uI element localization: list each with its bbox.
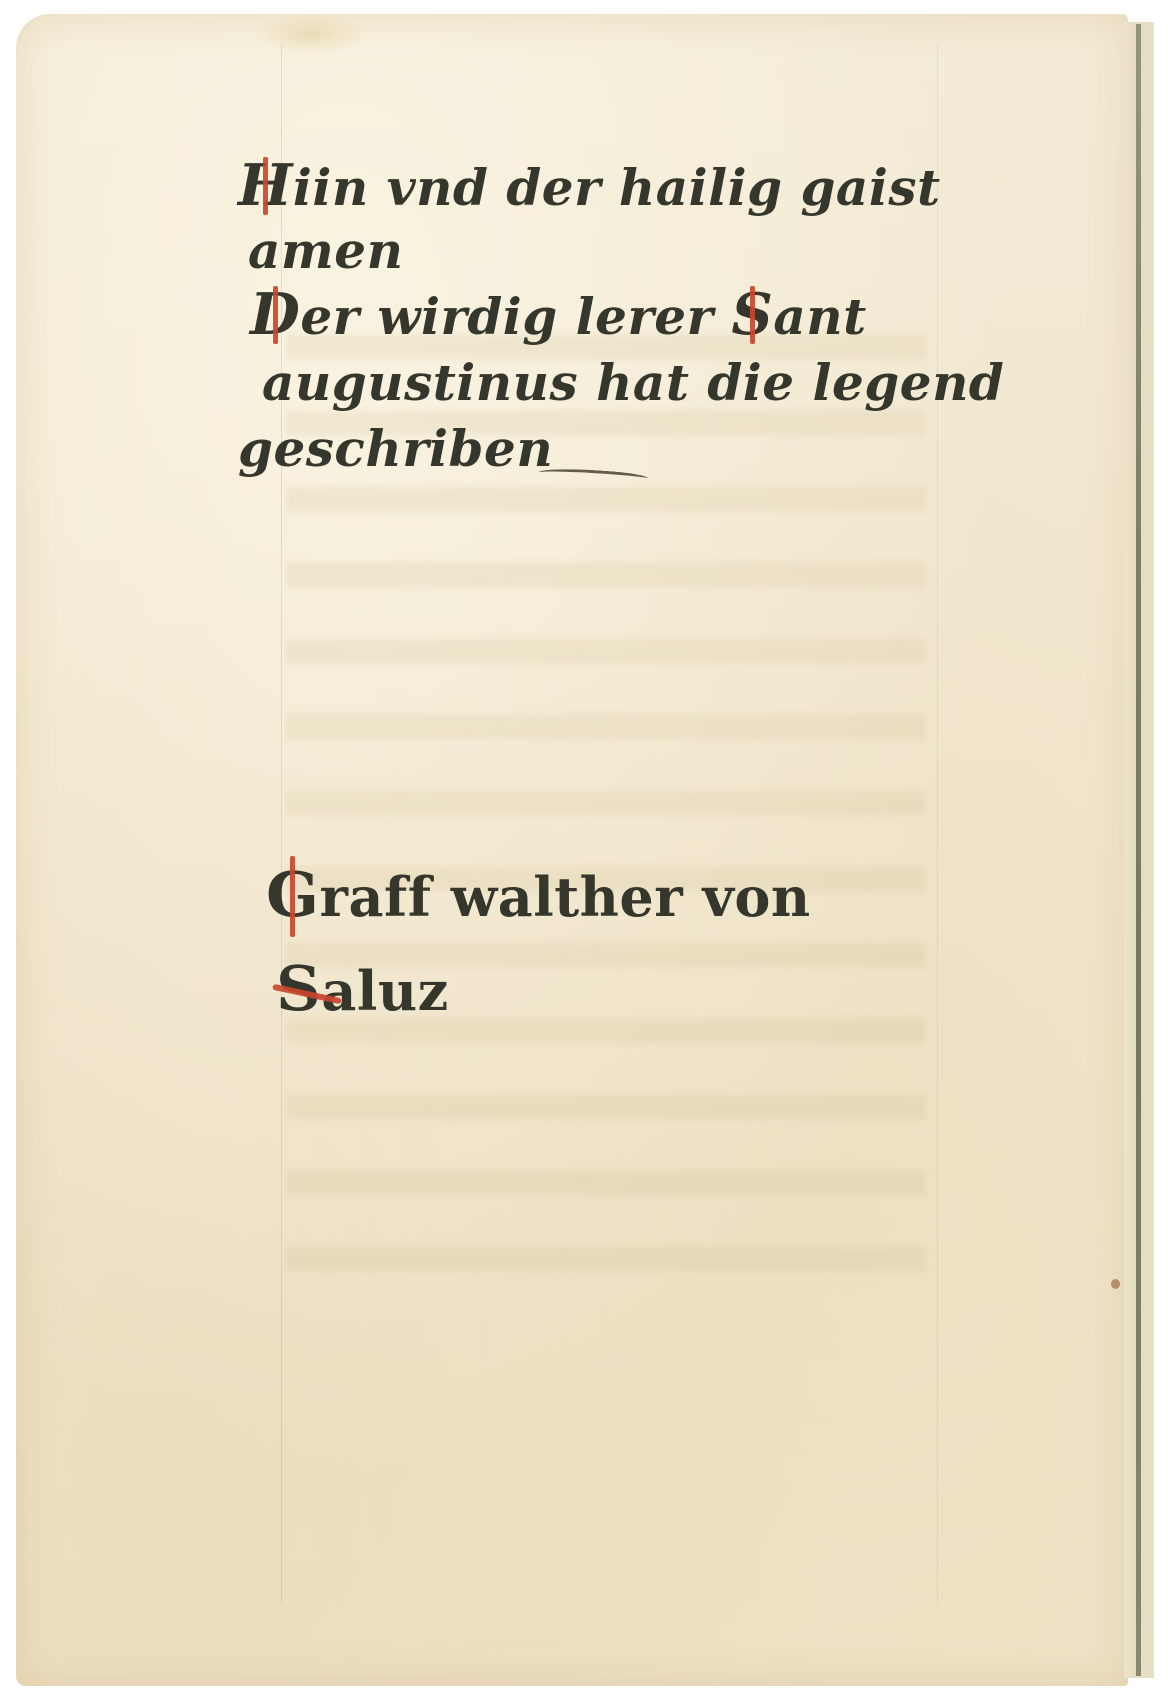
line-text: iin vnd der hailig gaist (293, 158, 941, 217)
gutter-shadow (1136, 24, 1141, 1676)
red-rubric-stroke (263, 157, 268, 215)
ownership-text-block: Graff walther von Saluz (256, 849, 811, 1037)
colophon-line-4: augustinus hat die legend (262, 350, 1004, 416)
colophon-line-3: Der wirdig lerer Sant (250, 281, 1004, 350)
rubricated-initial: S (276, 943, 321, 1035)
line-text: aluz (321, 959, 448, 1023)
line-text: raff walther von (320, 865, 811, 929)
line-text: ant (773, 287, 866, 346)
rubricated-initial: G (266, 849, 320, 941)
line-text: geschriben (238, 419, 553, 478)
ownership-line-1: Graff walther von (266, 849, 811, 943)
line-text: amen (248, 221, 403, 280)
manuscript-page: Hiin vnd der hailig gaist amen Der wirdi… (16, 14, 1128, 1686)
rubricated-initial: S (731, 281, 773, 347)
colophon-line-1: Hiin vnd der hailig gaist (238, 152, 1004, 221)
colophon-text-block: Hiin vnd der hailig gaist amen Der wirdi… (238, 152, 1004, 482)
rubricated-initial: H (238, 152, 293, 218)
ownership-line-2: Saluz (276, 943, 811, 1037)
line-text: augustinus hat die legend (262, 353, 1004, 412)
red-rubric-stroke (750, 286, 755, 344)
line-text: er wirdig lerer (300, 287, 731, 346)
colophon-line-2: amen (248, 221, 1004, 281)
red-rubric-stroke (273, 286, 278, 344)
rubricated-initial: D (250, 281, 300, 347)
foxing-stain (1111, 1279, 1120, 1289)
red-rubric-stroke (290, 856, 295, 937)
